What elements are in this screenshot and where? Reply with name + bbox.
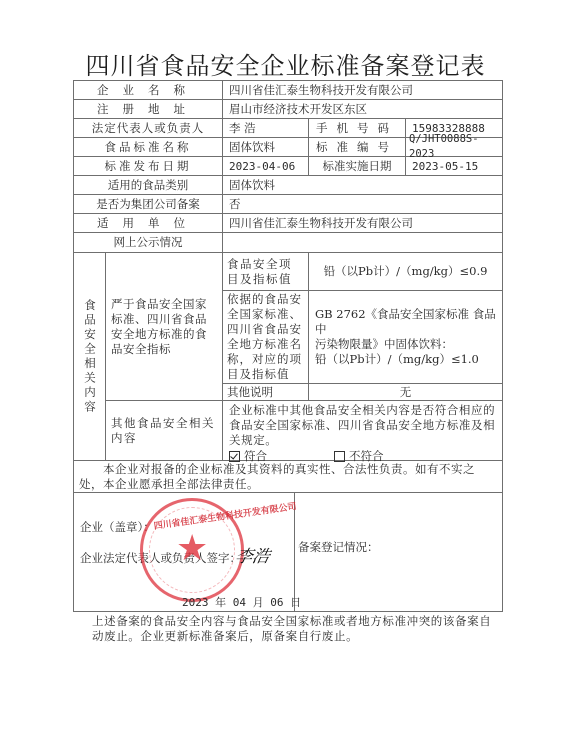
group-filing-value: 否	[223, 195, 502, 213]
registered-address-label: 注册地址	[74, 100, 222, 118]
signature: 李浩	[233, 542, 272, 567]
food-category-label: 适用的食品类别	[74, 176, 222, 194]
company-name-value: 四川省佳汇泰生物科技开发有限公司	[223, 81, 502, 99]
company-seal-stamp: 四川省佳汇泰生物科技开发有限公司 ★	[140, 498, 244, 602]
signature-date: 2023 年 04 月 06 日	[182, 595, 301, 610]
compliance-question: 企业标准中其他食品安全相关内容是否符合相应的食品安全国家标准、四川省食品安全地方…	[229, 403, 496, 448]
online-publicity-value	[223, 233, 502, 252]
standard-no-value: Q/JHT0088S-2023	[406, 138, 502, 156]
safety-item-value: 铅（以Pb计）/（mg/kg）≤0.9	[309, 253, 502, 290]
applicable-unit-label: 适用单位	[74, 214, 222, 232]
legal-rep-value: 李 浩	[223, 119, 308, 137]
basis-line-2: 污染物限量》中固体饮料：	[315, 337, 453, 352]
other-safety-content-cell: 企业标准中其他食品安全相关内容是否符合相应的食品安全国家标准、四川省食品安全地方…	[223, 401, 502, 460]
registered-address-value: 眉山市经济技术开发区东区	[223, 100, 502, 118]
registration-status-label: 备案登记情况：	[298, 540, 379, 555]
standard-name-label: 食品标准名称	[74, 138, 222, 156]
basis-line-1: GB 2762《食品安全国家标准 食品中	[315, 307, 496, 337]
applicable-unit-value: 四川省佳汇泰生物科技开发有限公司	[223, 214, 502, 232]
star-icon: ★	[176, 531, 208, 567]
other-notes-value: 无	[309, 384, 502, 400]
safety-section-label: 食品安全相关内容	[74, 253, 105, 460]
publish-date-value: 2023-04-06	[223, 157, 308, 175]
standard-name-value: 固体饮料	[223, 138, 308, 156]
implement-date-value: 2023-05-15	[406, 157, 502, 175]
company-name-label: 企业名称	[74, 81, 222, 99]
declaration-text: 本企业对报备的企业标准及其资料的真实性、合法性负责。如有不实之处，本企业愿承担全…	[74, 461, 502, 492]
basis-standard-value: GB 2762《食品安全国家标准 食品中 污染物限量》中固体饮料： 铅（以Pb计…	[309, 291, 502, 383]
safety-section-vertical-text: 食品安全相关内容	[82, 299, 97, 415]
implement-date-label: 标准实施日期	[309, 157, 405, 175]
stricter-indicators-label: 严于食品安全国家标准、四川省食品安全地方标准的食品安全指标	[106, 253, 222, 400]
online-publicity-label: 网上公示情况	[74, 233, 222, 252]
standard-no-label: 标准编号	[309, 138, 405, 156]
legal-rep-label: 法定代表人或负责人	[74, 119, 222, 137]
other-safety-content-label: 其他食品安全相关内容	[106, 401, 222, 460]
basis-line-3: 铅（以Pb计）/（mg/kg）≤1.0	[315, 352, 479, 367]
phone-label: 手机号码	[309, 119, 405, 137]
group-filing-label: 是否为集团公司备案	[74, 195, 222, 213]
publish-date-label: 标准发布日期	[74, 157, 222, 175]
form-title: 四川省食品安全企业标准备案登记表	[0, 46, 571, 81]
other-notes-label: 其他说明	[223, 384, 308, 400]
food-category-value: 固体饮料	[223, 176, 502, 194]
safety-item-label: 食品安全项目及指标值	[223, 253, 308, 290]
basis-standard-label: 依据的食品安全国家标准、四川省食品安全地方标准名称，对应的项目及指标值	[223, 291, 308, 383]
footer-note: 上述备案的食品安全内容与食品安全国家标准或者地方标准冲突的该备案自动废止。企业更…	[92, 614, 497, 644]
